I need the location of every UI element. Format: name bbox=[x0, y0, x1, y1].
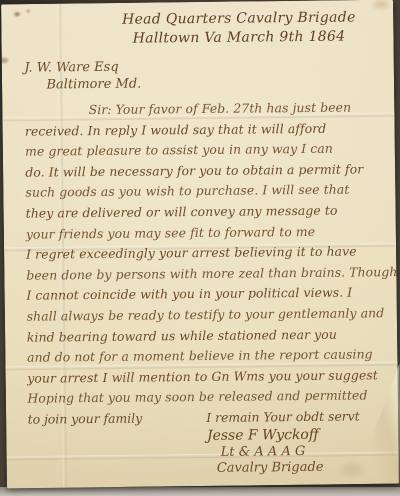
body-line: Hoping that you may soon be released and… bbox=[27, 386, 387, 410]
signature-unit: Cavalry Brigade bbox=[152, 459, 388, 477]
letter-page: Head Quarters Cavalry Brigade Halltown V… bbox=[1, 0, 399, 488]
dateline: Halltown Va March 9th 1864 bbox=[94, 27, 384, 49]
body-line: your friends you may see fit to forward … bbox=[26, 221, 386, 245]
recipient-block: J. W. Ware Esq Baltimore Md. bbox=[24, 56, 384, 93]
closing-left: to join your family bbox=[28, 408, 143, 429]
body-line: such goods as you wish to purchase. I wi… bbox=[25, 180, 385, 204]
body-line: been done by persons with more zeal than… bbox=[26, 262, 386, 286]
signature-block: Jesse F Wyckoff Lt & A A A G Cavalry Bri… bbox=[28, 426, 388, 478]
scanner-bed-edge bbox=[0, 487, 400, 496]
body-line: Sir: Your favor of Feb. 27th has just be… bbox=[89, 97, 385, 120]
body-line: shall always be ready to testify to your… bbox=[27, 303, 387, 327]
closing-right: I remain Your obdt servt bbox=[206, 406, 360, 427]
recipient-city: Baltimore Md. bbox=[46, 73, 384, 93]
letter-body: Sir: Your favor of Feb. 27th has just be… bbox=[25, 97, 388, 409]
closing-line: to join your family I remain Your obdt s… bbox=[28, 406, 388, 429]
scanned-letter: Head Quarters Cavalry Brigade Halltown V… bbox=[0, 0, 400, 496]
letter-text: Head Quarters Cavalry Brigade Halltown V… bbox=[2, 0, 399, 488]
letter-heading: Head Quarters Cavalry Brigade Halltown V… bbox=[24, 8, 384, 49]
body-line: and do not for a moment believe in the r… bbox=[27, 344, 387, 368]
body-line: me great pleasure to assist you in any w… bbox=[25, 138, 385, 162]
